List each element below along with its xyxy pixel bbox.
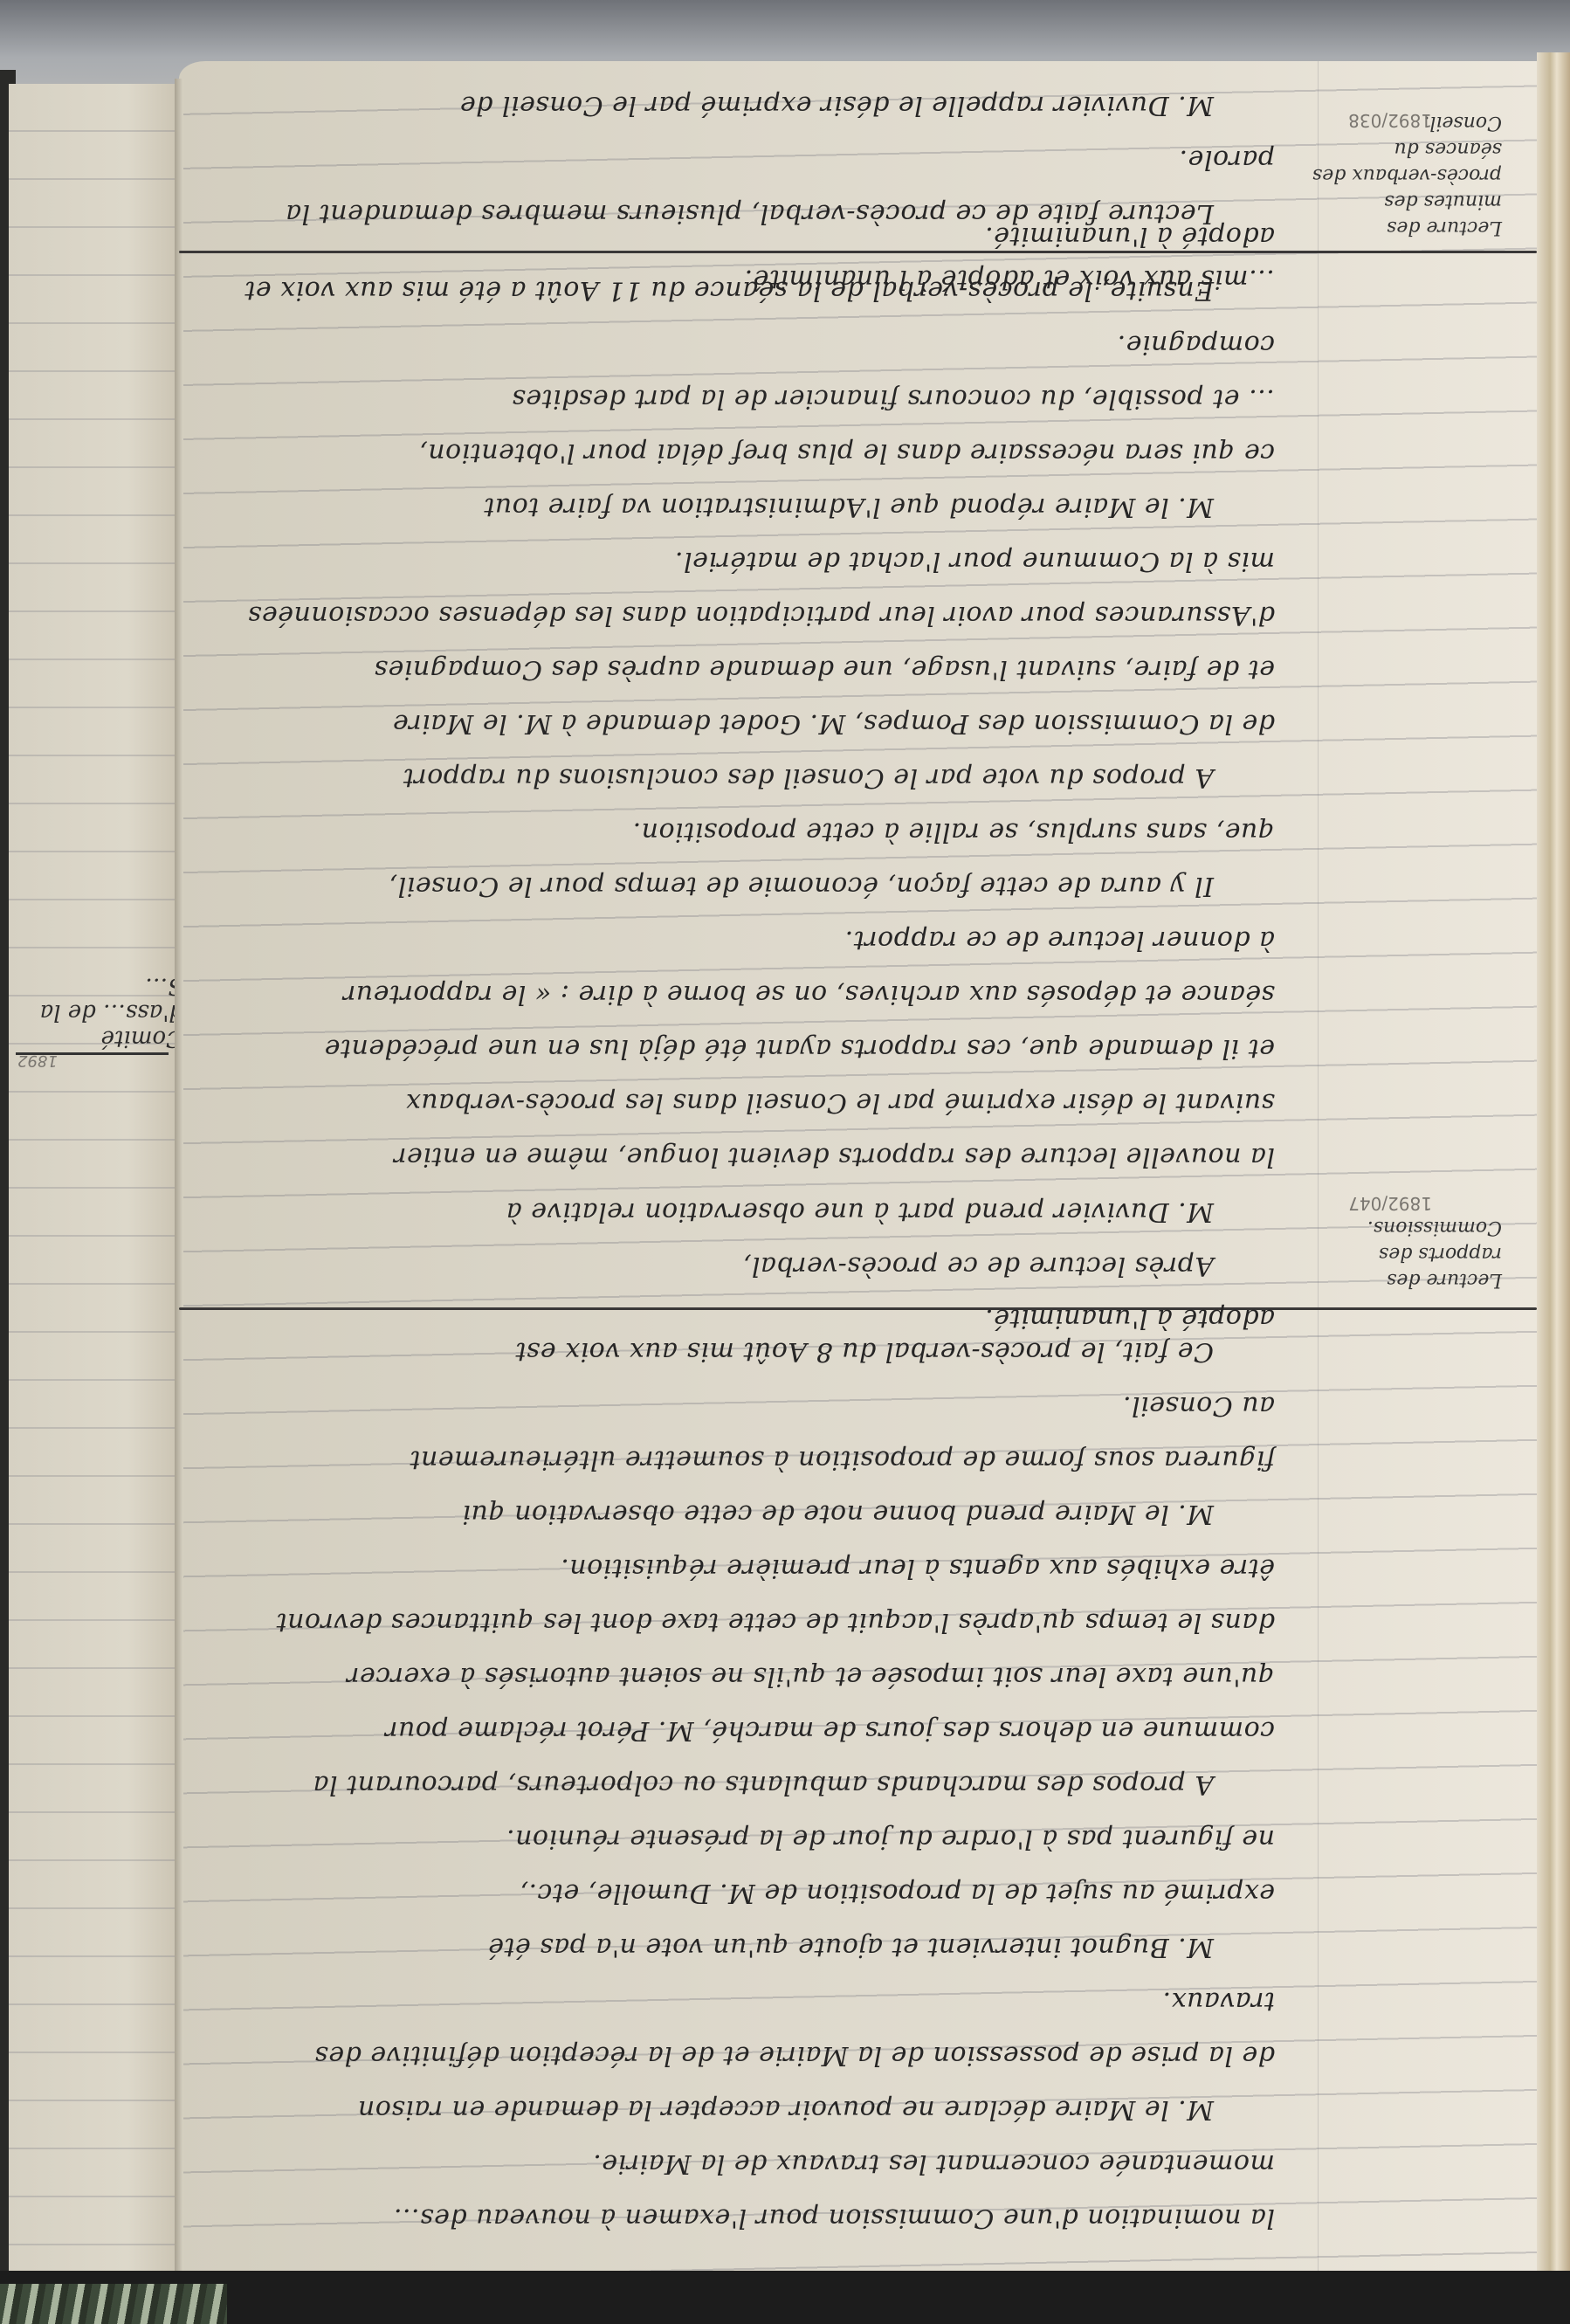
paragraph: au Conseil. xyxy=(227,1378,1275,1432)
paragraph: A propos du vote par le Conseil des conc… xyxy=(227,750,1275,804)
paragraph: à donner lecture de ce rapport. xyxy=(227,913,1275,967)
paragraph: exprimé au sujet de la proposition de M.… xyxy=(227,1865,1275,1920)
photo-background-bottom xyxy=(0,2271,1570,2324)
margin-rule xyxy=(1318,61,1319,2288)
paragraph: momentanée concernant les travaux de la … xyxy=(227,2136,1275,2190)
paragraph: A propos des marchands ambulants ou colp… xyxy=(227,1757,1275,1811)
left-page xyxy=(9,84,179,2285)
section-2-body: la nouvelle lecture des rapports devient… xyxy=(227,209,1275,1183)
paragraph: Il y aura de cette façon, économie de te… xyxy=(227,859,1275,913)
section-4-body: la nomination d'une Commission pour l'ex… xyxy=(227,1324,1275,2245)
section-3-body-cont: Après lecture de ce procès-verbal, M. Du… xyxy=(227,1184,1275,1293)
paragraph: mis à la Commune pour l'achat de matérie… xyxy=(227,534,1275,588)
reference-number: 1892/047 xyxy=(1348,1193,1432,1214)
paragraph: Après lecture de ce procès-verbal, xyxy=(227,1238,1275,1293)
paragraph: séance et déposés aux archives, on se bo… xyxy=(227,967,1275,1021)
paragraph: …mis aux voix et adopté à l'unanimité. xyxy=(227,252,1275,306)
paragraph: adopté à l'unanimité. xyxy=(227,1291,1275,1345)
section-3-body: adopté à l'unanimité. xyxy=(227,1291,1275,1345)
page-stack-edge xyxy=(1537,52,1570,2288)
paragraph: de la Commission des Pompes, M. Godet de… xyxy=(227,696,1275,750)
paragraph: ne figurent pas à l'ordre du jour de la … xyxy=(227,1811,1275,1865)
paragraph: et il demande que, ces rapports ayant ét… xyxy=(227,1021,1275,1075)
paragraph: M. Duvivier prend part à une observation… xyxy=(227,1184,1275,1238)
paragraph: la nouvelle lecture des rapports devient… xyxy=(227,1129,1275,1183)
paragraph: travaux. xyxy=(227,1974,1275,2028)
section-1-body-cont: Lecture faite de ce procès-verbal, plusi… xyxy=(227,78,1275,240)
paragraph: que, sans surplus, se rallie à cette pro… xyxy=(227,804,1275,859)
paragraph: qu'une taxe leur soit imposée et qu'ils … xyxy=(227,1649,1275,1703)
paragraph: M. le Maire prend bonne note de cette ob… xyxy=(227,1486,1275,1541)
paragraph: M. Duvivier rappelle le désir exprimé pa… xyxy=(227,78,1275,132)
paragraph: dans le temps qu'après l'acquit de cette… xyxy=(227,1595,1275,1649)
paragraph: commune en dehors des jours de marché, M… xyxy=(227,1703,1275,1757)
paragraph: de la prise de possession de la Mairie e… xyxy=(227,2028,1275,2082)
paragraph: … et possible, du concours financier de … xyxy=(227,371,1275,425)
paragraph: être exhibés aux agents à leur première … xyxy=(227,1541,1275,1595)
paragraph: ce qui sera nécessaire dans le plus bref… xyxy=(227,425,1275,479)
paragraph: Lecture faite de ce procès-verbal, plusi… xyxy=(227,132,1275,240)
paragraph: compagnie. xyxy=(227,317,1275,371)
paragraph: M. le Maire déclare ne pouvoir accepter … xyxy=(227,2082,1275,2136)
paragraph: M. le Maire répond que l'Administration … xyxy=(227,479,1275,534)
paragraph: la nomination d'une Commission pour l'ex… xyxy=(227,2190,1275,2245)
margin-note-commissions: Lecture des rapports des Commissions. xyxy=(1310,1214,1502,1293)
paragraph: figurera sous forme de proposition à sou… xyxy=(227,1432,1275,1486)
book-binding-marbled xyxy=(0,2284,227,2324)
paragraph: d'Assurances pour avoir leur participati… xyxy=(227,588,1275,642)
paragraph: suivant le désir exprimé par le Conseil … xyxy=(227,1075,1275,1129)
right-page-content-rotated: la nomination d'une Commission pour l'ex… xyxy=(179,61,1537,2288)
paragraph: et de faire, suivant l'usage, une demand… xyxy=(227,642,1275,696)
reference-number: 1892/038 xyxy=(1348,110,1432,131)
section-1-body: …mis aux voix et adopté à l'unanimité. xyxy=(227,252,1275,306)
left-page-divider xyxy=(16,1052,169,1055)
left-page-note-text: Comité d'ass… de la S… xyxy=(40,973,183,1052)
paragraph: M. Bugnot intervient et ajoute qu'un vot… xyxy=(227,1920,1275,1974)
